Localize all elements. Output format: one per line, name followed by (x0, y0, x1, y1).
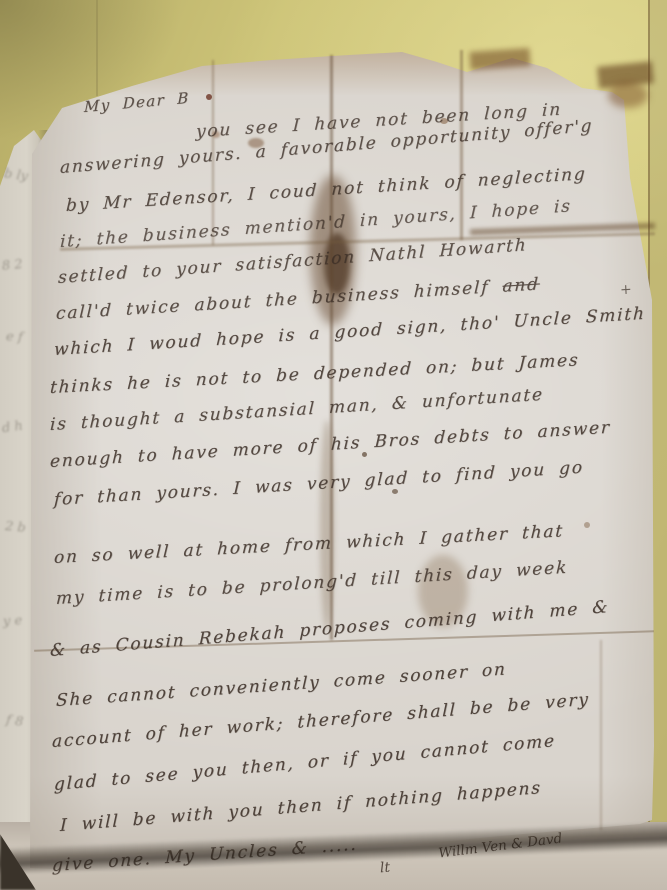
photographed-letter-scene: b ly 8 2 e f d h 2 b y e f 8 Willm Ven &… (0, 0, 667, 890)
backdrop-crease-line (96, 0, 98, 96)
ghost-writing: d h (1, 419, 24, 437)
ghost-writing: 2 b (4, 519, 26, 536)
ghost-writing: e f (5, 329, 23, 345)
ghost-writing: y e (3, 613, 23, 629)
ghost-writing: f 8 (5, 713, 24, 730)
underlying-page-fragment: lt (379, 860, 390, 877)
ghost-writing: 8 2 (1, 257, 23, 274)
struck-through-word: and (502, 274, 540, 296)
ghost-writing: b ly (3, 166, 29, 184)
margin-mark: + (620, 282, 633, 299)
top-corner-stain (597, 61, 654, 89)
